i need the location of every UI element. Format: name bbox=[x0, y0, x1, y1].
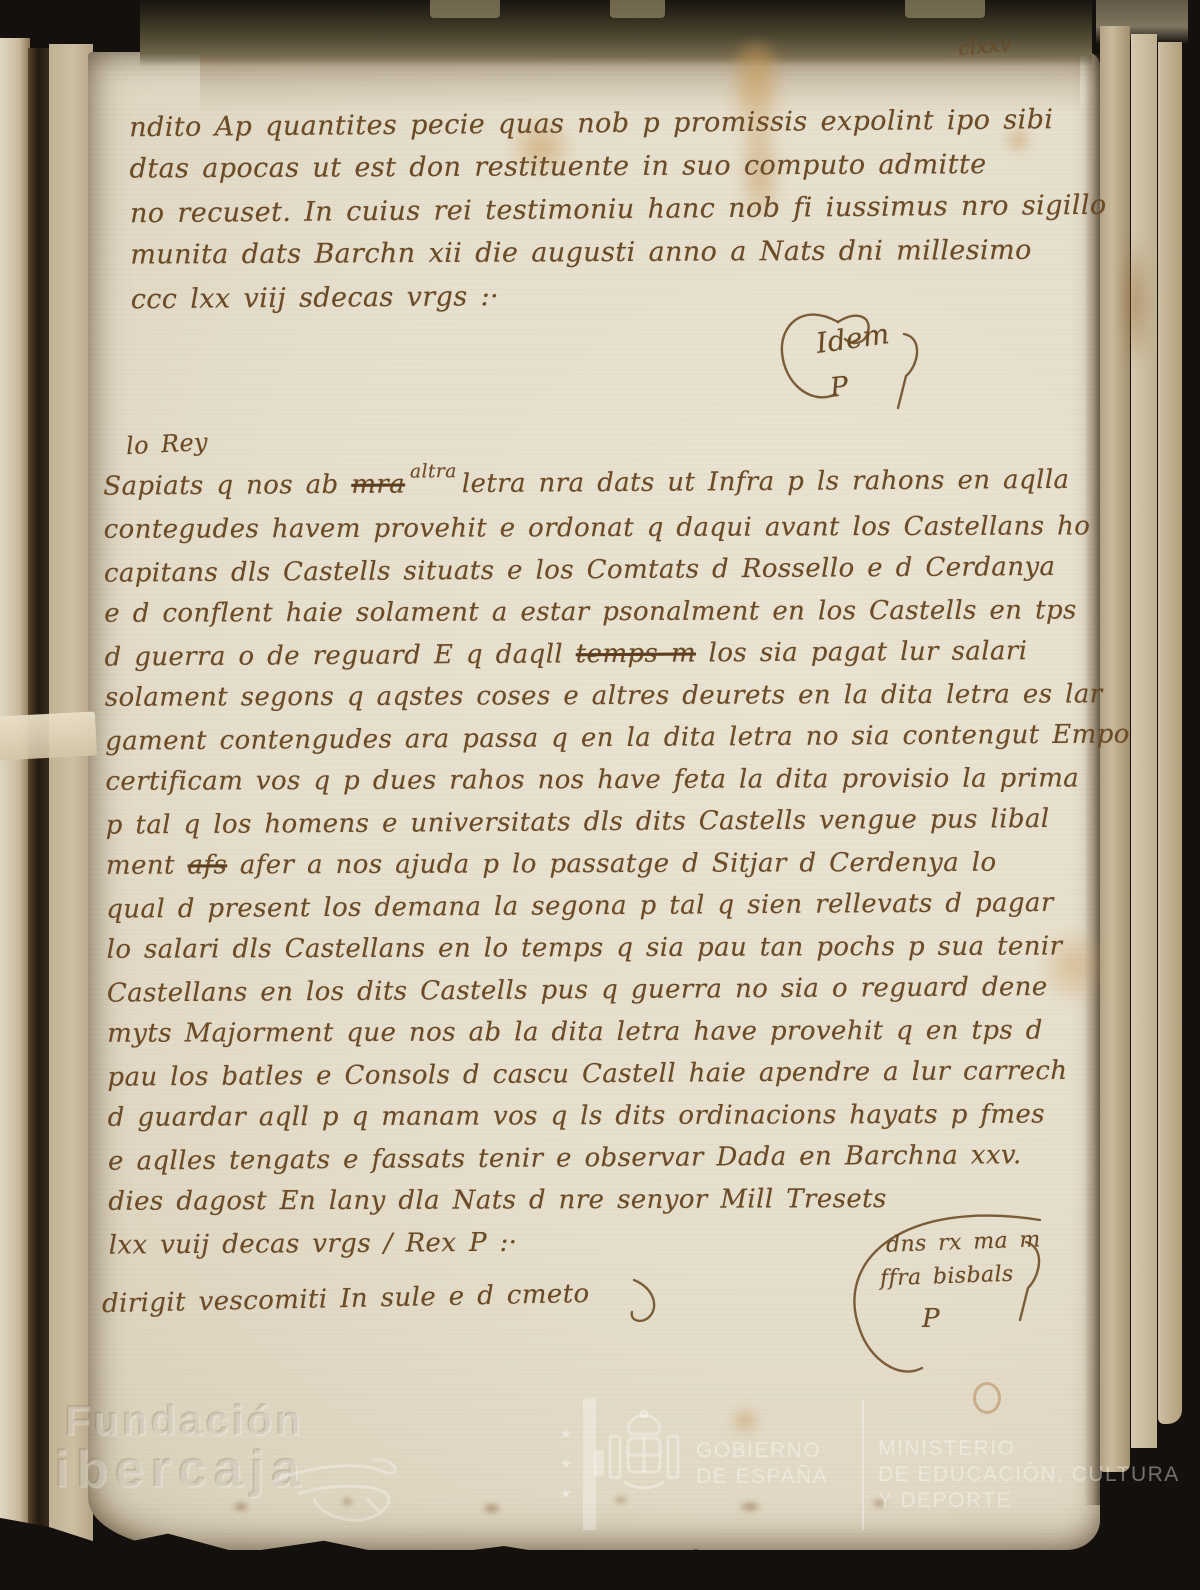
manuscript-line: d guardar aqll p q manam vos q ls dits o… bbox=[108, 1093, 1133, 1139]
facing-page-edge bbox=[0, 38, 30, 1538]
eu-stars-icon: ★ ★ ★ bbox=[558, 1398, 598, 1530]
manuscript-line: certificam vos q p dues rahos nos have f… bbox=[105, 757, 1130, 803]
gutter-margin bbox=[49, 44, 93, 1544]
idem-sign: P bbox=[828, 371, 850, 404]
ministerio-line2: DE EDUCACIÓN, CULTURA bbox=[878, 1462, 1180, 1488]
manuscript-line: p tal q los homens e universitats dls di… bbox=[106, 797, 1131, 846]
manuscript-scan: clxxv ndito Ap quantites pecie quas nob … bbox=[0, 0, 1200, 1590]
manuscript-line: ndito Ap quantites pecie quas nob p prom… bbox=[129, 98, 1106, 150]
folio-number: clxxv bbox=[957, 32, 1012, 61]
manuscript-line: e aqlles tengats e fassats tenir e obser… bbox=[108, 1133, 1133, 1182]
ministerio-label: MINISTERIO DE EDUCACIÓN, CULTURA Y DEPOR… bbox=[878, 1436, 1180, 1514]
eu-star: ★ bbox=[560, 1426, 572, 1442]
margin-note-line: ffra bisbals bbox=[880, 1262, 1014, 1292]
government-watermark: ★ ★ ★ GOBIERNO DE ESPAÑA MINISTERIO DE E… bbox=[556, 1392, 1200, 1542]
repair-strip bbox=[0, 711, 97, 760]
manuscript-line: contegudes havem provehit e ordonat q da… bbox=[104, 505, 1129, 551]
page-marker-tab bbox=[610, 0, 665, 18]
manuscript-line: solament segons q aqstes coses e altres … bbox=[105, 673, 1130, 719]
manuscript-line: capitans dls Castells situats e los Comt… bbox=[104, 545, 1129, 594]
manuscript-line: lo salari dls Castellans en lo temps q s… bbox=[107, 925, 1132, 971]
gobierno-label: GOBIERNO DE ESPAÑA bbox=[696, 1438, 828, 1490]
gobierno-line2: DE ESPAÑA bbox=[696, 1464, 828, 1490]
address-flourish-icon bbox=[620, 1274, 680, 1334]
catalan-paragraph: Sapiats q nos ab mraaltraletra nra dats … bbox=[103, 458, 1133, 1266]
page-marker-tab bbox=[430, 0, 500, 18]
manuscript-line: pau los batles e Consols d cascu Castell… bbox=[107, 1049, 1132, 1098]
manuscript-line: d guerra o de reguard E q daqll temps m … bbox=[104, 629, 1129, 678]
page-marker-tab bbox=[905, 0, 985, 18]
manuscript-line: dtas apocas ut est don restituente in su… bbox=[130, 142, 1107, 190]
gobierno-line1: GOBIERNO bbox=[696, 1438, 828, 1464]
watermark-divider bbox=[862, 1400, 864, 1530]
margin-note-sign: P bbox=[922, 1304, 940, 1334]
eu-star: ★ bbox=[560, 1486, 572, 1502]
manuscript-line: munita dats Barchn xii die augusti anno … bbox=[130, 228, 1107, 276]
latin-paragraph: ndito Ap quantites pecie quas nob p prom… bbox=[129, 98, 1107, 322]
idem-chancery-note: Idem P bbox=[772, 306, 962, 421]
page-edge-strip bbox=[1158, 42, 1182, 1424]
chancery-margin-note: dns rx ma m ffra bisbals P bbox=[830, 1212, 1060, 1387]
manuscript-line: e d conflent haie solament a estar psona… bbox=[104, 589, 1129, 635]
manuscript-line: Castellans en los dits Castells pus q gu… bbox=[107, 965, 1132, 1014]
edge-stain bbox=[1118, 238, 1152, 366]
gutter-shadow bbox=[28, 48, 51, 1546]
manuscript-line: Sapiats q nos ab mraaltraletra nra dats … bbox=[103, 458, 1128, 510]
letter-heading: lo Rey bbox=[125, 428, 208, 460]
eu-flag-notch bbox=[594, 1450, 604, 1476]
ministerio-line3: Y DEPORTE bbox=[878, 1488, 1180, 1514]
manuscript-line: no recuset. In cuius rei testimoniu hanc… bbox=[130, 184, 1107, 236]
manuscript-line: ment afs afer a nos ajuda p lo passatge … bbox=[106, 841, 1131, 887]
manuscript-line: gament contengudes ara passa q en la dit… bbox=[105, 713, 1130, 762]
ministerio-line1: MINISTERIO bbox=[878, 1436, 1180, 1462]
manuscript-line: qual d present los demana la segona p ta… bbox=[106, 881, 1131, 930]
ibercaja-logo-icon bbox=[268, 1438, 408, 1530]
spain-coat-of-arms-icon bbox=[604, 1406, 684, 1502]
manuscript-line: myts Majorment que nos ab la dita letra … bbox=[107, 1009, 1132, 1055]
eu-star: ★ bbox=[560, 1456, 572, 1472]
